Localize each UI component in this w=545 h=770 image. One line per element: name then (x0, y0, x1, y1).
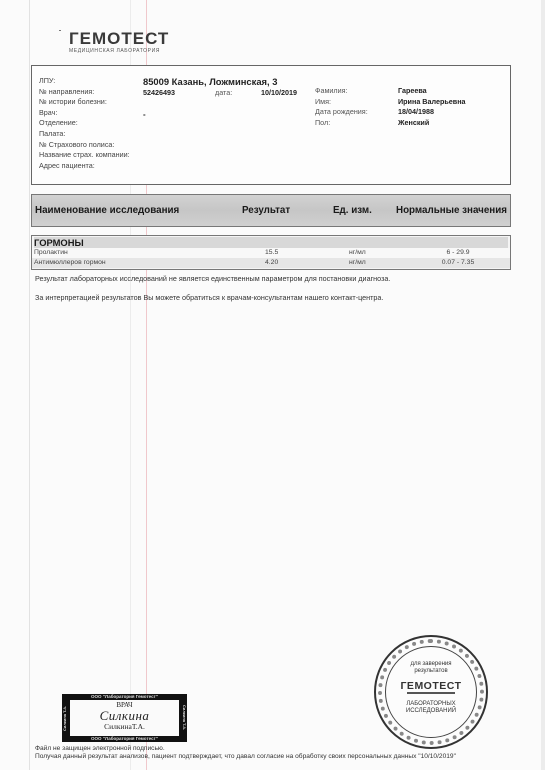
date-label: дата: (215, 88, 232, 97)
lab-logo: ГЕМОТЕСТ МЕДИЦИНСКАЯ ЛАБОРАТОРИЯ (69, 31, 199, 54)
footer-signature-note: Файл не защищен электронной подписью. (35, 745, 456, 753)
birth-label: Дата рождения: (315, 107, 368, 118)
label-department: Отделение: (39, 118, 130, 129)
stamp-lab-line2: ИССЛЕДОВАНИЙ (376, 708, 486, 715)
label-direction: № направления: (39, 87, 130, 98)
stamp-side-left: Силкина Т.А. (62, 700, 70, 736)
label-history: № истории болезни: (39, 97, 130, 108)
consultation-note: За интерпретацией результатов Вы можете … (35, 293, 383, 302)
doctor-signature: Силкина (70, 709, 179, 722)
stamp-purpose-line1: для заверения (376, 661, 486, 668)
stamp-content: для заверения результатов ГЕМОТЕСТ ЛАБОР… (376, 661, 486, 715)
test-result: 15.5 (265, 248, 278, 258)
name-label: Имя: (315, 97, 331, 108)
lpu-value: 85009 Казань, Ложминская, 3 (143, 76, 277, 87)
label-insurance-company: Название страх. компании: (39, 150, 130, 161)
footer-consent-note: Получая данный результат анализов, пацие… (35, 753, 456, 761)
sex-label: Пол: (315, 118, 330, 129)
doctor-stamp-inner: ВРАЧ Силкина СилкинаТ.А. (70, 700, 179, 736)
scan-edge (541, 0, 545, 770)
stamp-side-right: Силкина Т.А. (179, 700, 187, 736)
table-row: Пролактин 15.5 нг/мл 6 - 29.9 (32, 248, 510, 258)
disclaimer-note: Результат лабораторных исследований не я… (35, 274, 390, 283)
info-labels: ЛПУ: № направления: № истории болезни: В… (39, 76, 130, 171)
sex-value: Женский (398, 118, 429, 129)
column-header-result: Результат (242, 205, 290, 216)
scan-speck (59, 30, 61, 31)
label-doctor: Врач: (39, 108, 130, 119)
column-header-norm: Нормальные значения (396, 205, 507, 216)
test-norm: 6 - 29.9 (446, 248, 469, 258)
table-row: Антимюллеров гормон 4.20 нг/мл 0.07 - 7.… (32, 258, 510, 268)
round-lab-stamp: для заверения результатов ГЕМОТЕСТ ЛАБОР… (374, 635, 488, 749)
test-unit: нг/мл (349, 258, 366, 268)
test-name: Антимюллеров гормон (34, 258, 106, 268)
doctor-name: СилкинаТ.А. (70, 722, 179, 731)
test-norm: 0.07 - 7.35 (442, 258, 475, 268)
label-ward: Палата: (39, 129, 130, 140)
direction-number: 52426493 (143, 88, 175, 97)
surname-value: Гареева (398, 86, 427, 97)
logo-subtitle: МЕДИЦИНСКАЯ ЛАБОРАТОРИЯ (69, 48, 199, 54)
logo-title: ГЕМОТЕСТ (69, 31, 199, 47)
test-unit: нг/мл (349, 248, 366, 258)
column-header-test-name: Наименование исследования (35, 205, 179, 216)
test-name: Пролактин (34, 248, 68, 258)
label-insurance-policy: № Страхового полиса: (39, 140, 130, 151)
group-title: ГОРМОНЫ (34, 237, 508, 248)
column-header-unit: Ед. изм. (333, 205, 372, 216)
name-value: Ирина Валерьевна (398, 97, 466, 108)
doctor-value: - (143, 110, 146, 119)
patient-info-box: ЛПУ: № направления: № истории болезни: В… (31, 65, 511, 185)
label-patient-address: Адрес пациента: (39, 161, 130, 172)
stamp-logo-underline (407, 692, 455, 694)
date-value: 10/10/2019 (261, 88, 297, 97)
label-lpu: ЛПУ: (39, 76, 130, 87)
test-result: 4.20 (265, 258, 278, 268)
doctor-stamp: ООО "Лаборатория Гемотест" Силкина Т.А. … (62, 694, 187, 742)
birth-value: 18/04/1988 (398, 107, 434, 118)
results-table-header: Наименование исследования Результат Ед. … (31, 194, 511, 227)
stamp-bottom-band: ООО "Лаборатория Гемотест" (62, 736, 187, 742)
stamp-lab-line1: ЛАБОРАТОРНЫХ (376, 701, 486, 708)
scan-artifact-line (29, 0, 30, 770)
stamp-purpose-line2: результатов (376, 668, 486, 675)
results-table: ГОРМОНЫ Пролактин 15.5 нг/мл 6 - 29.9 Ан… (31, 235, 511, 270)
footer: Файл не защищен электронной подписью. По… (35, 745, 456, 761)
surname-label: Фамилия: (315, 86, 348, 97)
stamp-logo: ГЕМОТЕСТ (376, 681, 486, 691)
